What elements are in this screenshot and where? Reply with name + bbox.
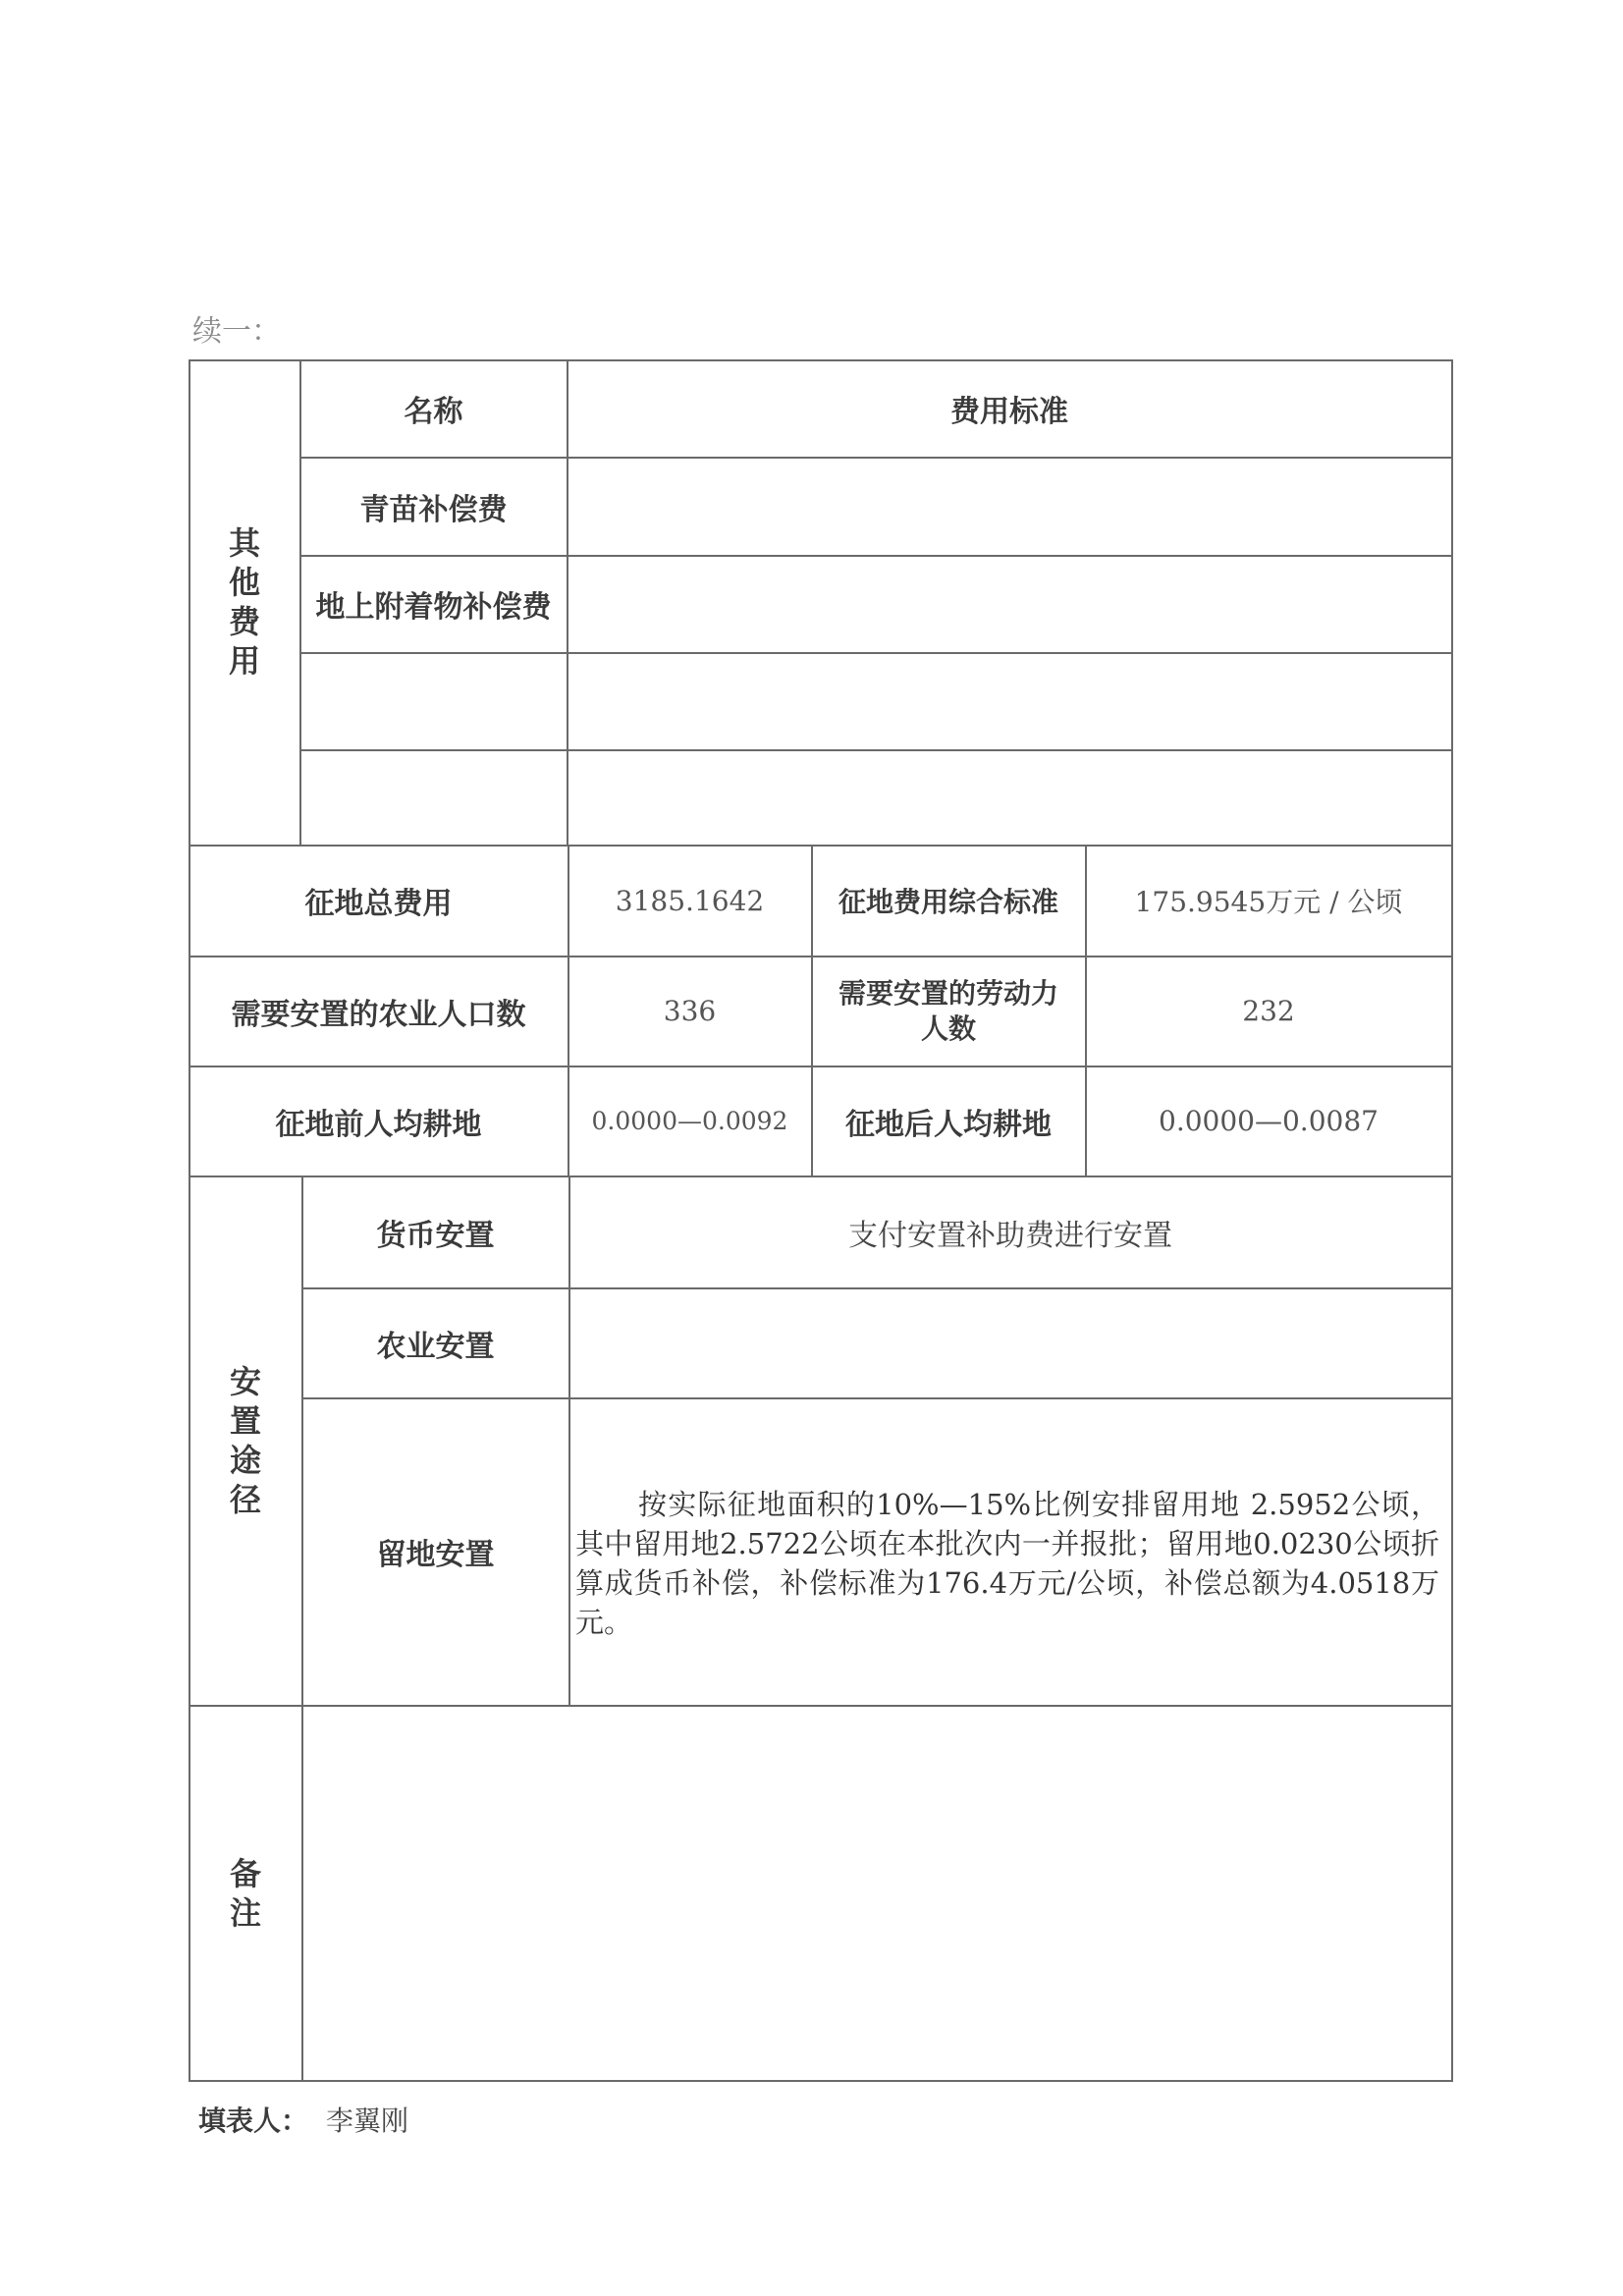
remarks-value <box>302 1706 1451 2080</box>
agri-population-value: 336 <box>568 957 811 1066</box>
header-standard: 费用标准 <box>568 359 1451 457</box>
labor-count-label: 需要安置的劳动力 人数 <box>812 957 1085 1066</box>
fee-name-cell: 青苗补偿费 <box>300 458 567 555</box>
remarks-label: 备 注 <box>189 1706 301 2080</box>
fee-standard-cell <box>568 653 1451 749</box>
labor-label-line2: 人数 <box>921 1011 976 1047</box>
total-cost-label: 征地总费用 <box>189 846 568 956</box>
after-arable-value: 0.0000—0.0087 <box>1086 1066 1451 1175</box>
caption: 续一： <box>192 306 281 350</box>
agri-population-label: 需要安置的农业人口数 <box>189 957 568 1066</box>
vertical-char: 途 <box>230 1441 261 1480</box>
vertical-char: 费 <box>229 602 260 641</box>
vertical-char: 注 <box>230 1893 261 1933</box>
table-border-right <box>1451 359 1453 2080</box>
composite-standard-label: 征地费用综合标准 <box>812 846 1085 956</box>
agricultural-resettlement-label: 农业安置 <box>302 1288 568 1397</box>
labor-count-value: 232 <box>1086 957 1451 1066</box>
fee-standard-cell <box>568 750 1451 845</box>
monetary-resettlement-value: 支付安置补助费进行安置 <box>569 1176 1451 1287</box>
fee-name-cell: 地上附着物补偿费 <box>300 556 567 652</box>
vertical-char: 他 <box>229 563 260 602</box>
filler-label: 填表人： <box>198 2105 308 2137</box>
monetary-resettlement-label: 货币安置 <box>302 1176 568 1287</box>
vertical-char: 置 <box>230 1401 261 1441</box>
form-filler: 填表人：李翼刚 <box>198 2100 408 2139</box>
table-border-bottom <box>189 2080 1453 2082</box>
labor-label-line1: 需要安置的劳动力 <box>839 976 1058 1011</box>
other-fees-group-label: 其 他 费 用 <box>189 359 299 845</box>
fee-name-cell <box>300 653 567 749</box>
vertical-char: 径 <box>230 1480 261 1519</box>
before-arable-value: 0.0000—0.0092 <box>568 1066 811 1175</box>
agricultural-resettlement-value <box>569 1288 1451 1397</box>
fee-name-cell <box>300 750 567 845</box>
filler-name: 李翼刚 <box>326 2105 408 2137</box>
vertical-char: 其 <box>229 523 260 563</box>
composite-standard-value: 175.9545万元 / 公顷 <box>1086 846 1451 956</box>
fee-standard-cell <box>568 458 1451 555</box>
reserved-land-label: 留地安置 <box>302 1398 568 1705</box>
vertical-char: 安 <box>230 1362 261 1401</box>
fee-standard-cell <box>568 556 1451 652</box>
before-arable-label: 征地前人均耕地 <box>189 1066 568 1175</box>
vertical-char: 备 <box>230 1854 261 1893</box>
header-name: 名称 <box>300 359 567 457</box>
vertical-char: 用 <box>229 641 260 681</box>
resettlement-group-label: 安 置 途 径 <box>189 1176 301 1705</box>
reserved-land-value: 按实际征地面积的10%—15%比例安排留用地 2.5952公顷，其中留用地2.5… <box>575 1485 1439 1642</box>
after-arable-label: 征地后人均耕地 <box>812 1066 1085 1175</box>
total-cost-value: 3185.1642 <box>568 846 811 956</box>
